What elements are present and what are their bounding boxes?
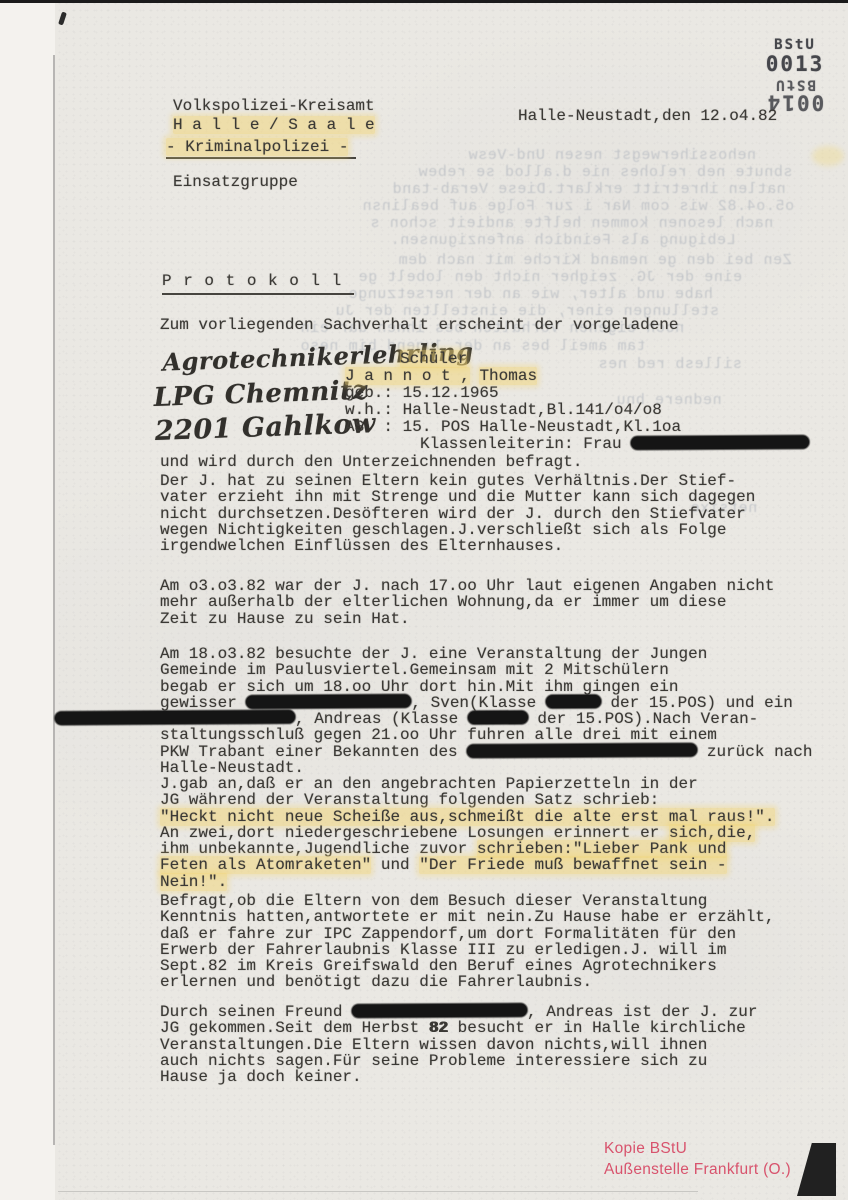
document-title: P r o t o k o l l [162,272,354,295]
bleedthrough-line: natlen ihretritt erklart.Diese Verab-tan… [392,181,786,198]
typed-line: w.h.: Halle-Neustadt,Bl.141/o4/o8 [345,401,809,418]
scan-edge-line [53,55,55,1145]
typed-line: An zwei,dort niedergeschriebene Losungen… [160,824,775,840]
typed-text [470,367,480,385]
typed-line: geb.: 15.12.1965 [345,384,809,401]
typed-line: erlernen und benötigt dazu die Fahrerlau… [160,973,775,989]
typed-text: geb.: 15.12.1965 [345,384,499,402]
bleedthrough-line: Lebigung als Feindich anfenzigunsen. [390,232,736,249]
document-title-text: P r o t o k o l l [162,272,354,295]
bleedthrough-line: o5.o4.82 wis com Nar i zur Folge auf bea… [362,198,794,215]
paragraph-3: Am 18.o3.82 besuchte der J. eine Veranst… [160,645,812,775]
typed-text: Hause ja doch keiner. [160,1068,362,1086]
typed-line: gewisser , Sven(Klasse der 15.POS) und e… [160,694,812,710]
typed-line: Zeit zu Hause zu sein Hat. [160,610,775,626]
typed-line: wegen Nichtigkeiten geschlagen.J.verschl… [160,521,755,537]
scan-corner-artifact [797,1143,836,1196]
typed-text: und [371,856,419,874]
typed-line: Veranstaltungen.Die Eltern wissen davon … [160,1036,757,1052]
typed-line: PKW Trabant einer Bekannten des zurück n… [160,743,812,759]
bstu-stamp-number: 0013 [752,53,838,75]
scanner-margin-strip [0,0,55,1200]
overstruck-text: 82 [429,1019,448,1037]
highlighted-text: Thomas [479,367,537,385]
typed-text: Veranstaltungen.Die Eltern wissen davon … [160,1036,707,1054]
typed-line: J.gab an,daß er an den angebrachten Papi… [160,775,775,791]
redaction-bar [546,695,601,708]
typed-text: staltungsschluß gegen 21.oo Uhr fuhren a… [160,726,717,744]
page-bottom-shadow [58,1191,698,1192]
typed-line: Sept.82 im Kreis Greifswald den Beruf ei… [160,957,775,973]
typed-line: Durch seinen Freund , Andreas ist der J.… [160,1003,757,1019]
unit-name: Einsatzgruppe [173,173,375,191]
letterhead: Volkspolizei-Kreisamt H a l l e / S a a … [173,97,375,191]
typed-line: ihm unbekannte,Jugendliche zuvor schrieb… [160,840,775,856]
typed-line: Befragt,ob die Eltern von dem Besuch die… [160,892,775,908]
typed-line: JG während der Veranstaltung folgenden S… [160,791,775,807]
typed-text: und wird durch den Unterzeichnenden befr… [160,453,582,471]
office-line2-highlight: H a l l e / S a a l e [173,116,375,134]
typed-line: vater erzieht ihn mit Strenge und die Mu… [160,488,755,504]
redaction-bar [55,710,295,724]
typed-text: JG während der Veranstaltung folgenden S… [160,791,659,809]
intro-line: Zum vorliegenden Sachverhalt erscheint d… [160,316,678,332]
typed-text: w.h.: Halle-Neustadt,Bl.141/o4/o8 [345,401,662,419]
bleedthrough-line: Zen bei den ge nemand Kirche mit nach de… [398,252,792,269]
paragraph-5: Befragt,ob die Eltern von dem Besuch die… [160,892,775,990]
typed-line: auch nichts sagen.Für seine Probleme int… [160,1052,757,1068]
copy-stamp-line2: Außenstelle Frankfurt (O.) [604,1159,791,1180]
typed-text: AS : 15. POS Halle-Neustadt,Kl.1oa [345,418,681,436]
scanned-document-page: nehossiherwegst nesen Und-Veswsbnute neb… [0,0,848,1200]
typed-text: JG gekommen.Seit dem Herbst [160,1019,429,1037]
typed-text: gewisser [160,694,246,712]
typed-line: Gemeinde im Paulusviertel.Gemeinsam mit … [160,661,812,677]
typed-line: JG gekommen.Seit dem Herbst 82 besucht e… [160,1019,757,1035]
office-name-line2: H a l l e / S a a l e [173,116,375,134]
dateline: Halle-Neustadt,den 12.o4.82 [518,107,777,125]
paragraph-1: Der J. hat zu seinen Eltern kein gutes V… [160,472,755,553]
bstu-stamp-label: BStU [752,38,838,53]
highlighted-text: Schüler [400,350,467,368]
typed-text: daß er fahre zur IPC Zappendorf,um dort … [160,925,736,943]
typed-text: Zeit zu Hause zu sein Hat. [160,610,410,628]
typed-text: zurück nach [697,743,812,761]
typed-line: nicht durchsetzen.Desöfteren wird der J.… [160,505,755,521]
closing-line: und wird durch den Unterzeichnenden befr… [160,453,582,469]
typed-text: Gemeinde im Paulusviertel.Gemeinsam mit … [160,661,669,679]
highlighted-text: "Heckt nicht neue Scheiße aus,schmeißt d… [160,808,775,826]
typed-text: nicht durchsetzen.Desöfteren wird der J.… [160,505,746,523]
bleedthrough-line: nehossiherwegst nesen Und-Vesw [468,147,756,164]
typed-line: Kenntnis hatten,antwortete er mit nein.Z… [160,908,775,924]
typed-line: Nein!". [160,873,775,889]
typed-line: Am 18.o3.82 besuchte der J. eine Veranst… [160,645,812,661]
redaction-bar [468,711,528,724]
typed-line: Erwerb der Fahrerlaubnis Klasse III zu e… [160,941,775,957]
highlight-bleed-smudge [812,146,844,166]
bleedthrough-line: sbnute neb relohes nie d.allod se rebew [418,164,792,181]
redaction-bar [467,743,697,757]
highlighted-text: "Der Friede muß bewaffnet sein - [419,856,726,874]
ink-mark [58,12,67,26]
typed-text: erlernen und benötigt dazu die Fahrerlau… [160,973,592,991]
person-data-block: SchülerJ a n n o t , Thomasgeb.: 15.12.1… [345,350,809,452]
bleedthrough-line: habe und alter, wie an der nersetzunge [348,286,713,303]
redaction-bar [631,435,809,449]
typed-line: Der J. hat zu seinen Eltern kein gutes V… [160,472,755,488]
typed-line: Halle-Neustadt. [160,759,812,775]
highlighted-text: Feten als Atomraketen" [160,856,371,874]
highlighted-text: Nein!". [160,873,227,891]
bstu-page-stamp: BStU 0013 0014 BStU [752,38,838,113]
typed-line: Klassenleiterin: Frau [420,435,809,452]
typed-line: mehr außerhalb der elterlichen Wohnung,d… [160,593,775,609]
bstu-stamp-flipped-label: BStU [752,77,838,92]
copy-stamp-line1: Kopie BStU [604,1138,791,1159]
typed-line: Hause ja doch keiner. [160,1068,757,1084]
typed-line: Schüler [400,350,809,367]
paragraph-6: Durch seinen Freund , Andreas ist der J.… [160,1003,757,1084]
office-line3-highlight: - Kriminalpolizei - [166,138,348,156]
typed-text: besucht er in Halle kirchliche [448,1019,746,1037]
typed-line: und wird durch den Unterzeichnenden befr… [160,453,582,469]
typed-text: Kenntnis hatten,antwortete er mit nein.Z… [160,908,775,926]
bstu-copy-stamp: Kopie BStU Außenstelle Frankfurt (O.) [604,1138,791,1180]
typed-line: Feten als Atomraketen" und "Der Friede m… [160,856,775,872]
typed-text: Klassenleiterin: Frau [420,435,631,453]
typed-line: AS : 15. POS Halle-Neustadt,Kl.1oa [345,418,809,435]
typed-line: "Heckt nicht neue Scheiße aus,schmeißt d… [160,808,775,824]
paragraph-4: J.gab an,daß er an den angebrachten Papi… [160,775,775,889]
redaction-bar [246,694,411,708]
paragraph-2: Am o3.o3.82 war der J. nach 17.oo Uhr la… [160,577,775,626]
typed-text: mehr außerhalb der elterlichen Wohnung,d… [160,593,727,611]
office-name-line3: - Kriminalpolizei - [166,138,375,159]
typed-line: begab er sich um 18.oo Uhr dort hin.Mit … [160,678,812,694]
typed-line: J a n n o t , Thomas [345,367,809,384]
typed-text: vater erzieht ihn mit Strenge und die Mu… [160,488,755,506]
typed-line: irgendwelchen Einflüssen des Elternhause… [160,537,755,553]
typed-text: irgendwelchen Einflüssen des Elternhause… [160,537,563,555]
bleedthrough-line: nach lesonen kommen helfte andieit schon… [370,215,773,232]
typed-line: Am o3.o3.82 war der J. nach 17.oo Uhr la… [160,577,775,593]
redaction-bar [352,1003,527,1017]
typed-text: begab er sich um 18.oo Uhr dort hin.Mit … [160,678,678,696]
office-name-line1: Volkspolizei-Kreisamt [173,97,375,115]
typed-line: staltungsschluß gegen 21.oo Uhr fuhren a… [160,726,812,742]
typed-line: daß er fahre zur IPC Zappendorf,um dort … [160,925,775,941]
scan-top-edge [0,0,848,3]
highlighted-text: J a n n o t , [345,367,470,385]
bleedthrough-line: eine der JG. zeigher nicht den lobelt ge [358,269,742,286]
typed-line: , Andreas (Klasse der 15.POS).Nach Veran… [55,710,812,726]
